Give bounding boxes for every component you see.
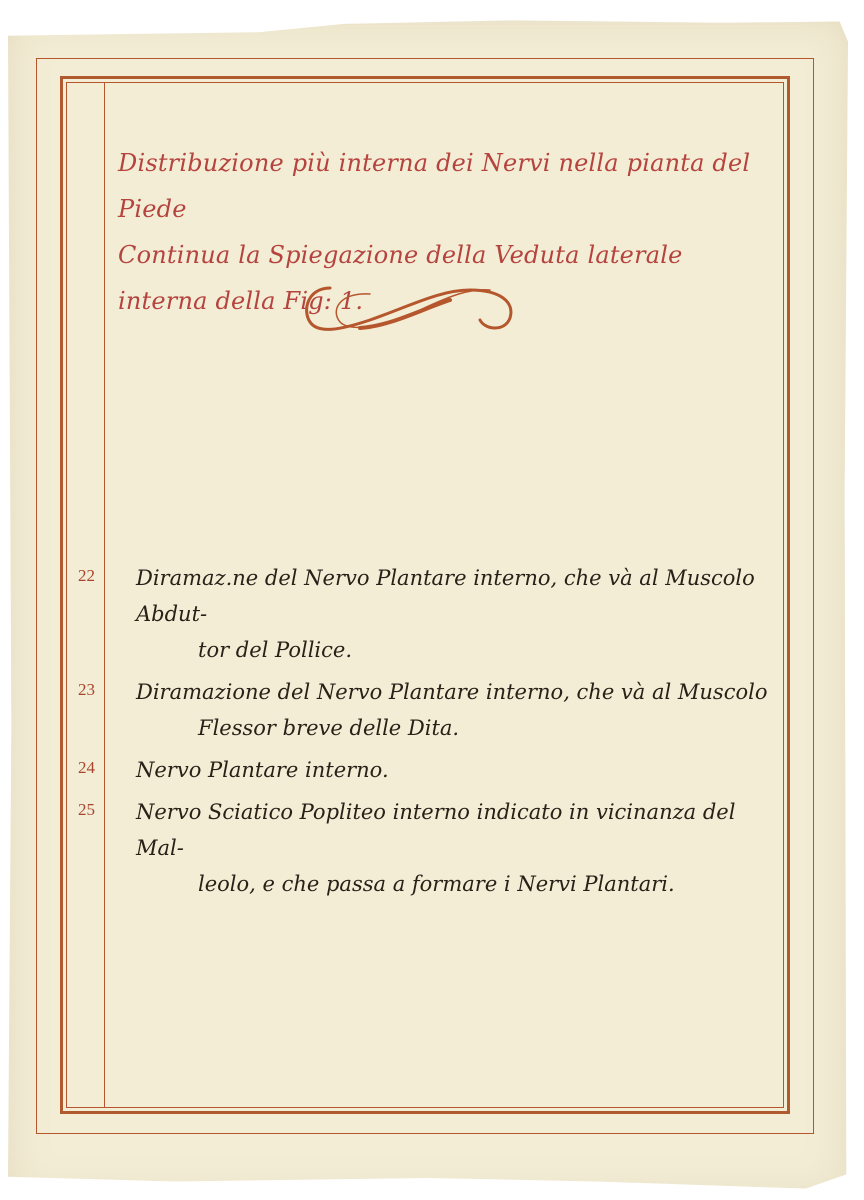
entry-22: 22 Diramaz.ne del Nervo Plantare interno… (70, 560, 770, 668)
entry-number: 25 (78, 800, 108, 820)
entry-23: 23 Diramazione del Nervo Plantare intern… (70, 674, 770, 746)
entry-text-continued: leolo, e che passa a formare i Nervi Pla… (70, 866, 770, 902)
entry-number: 22 (78, 566, 108, 586)
entry-text: Nervo Sciatico Popliteo interno indicato… (70, 794, 770, 866)
title-line-1: Distribuzione più interna dei Nervi nell… (118, 140, 778, 232)
flourish-ornament-icon (300, 280, 530, 340)
entry-text-continued: Flessor breve delle Dita. (70, 710, 770, 746)
entry-24: 24 Nervo Plantare interno. (70, 752, 770, 788)
entry-number: 24 (78, 758, 108, 778)
entry-25: 25 Nervo Sciatico Popliteo interno indic… (70, 794, 770, 902)
entry-text: Nervo Plantare interno. (70, 752, 770, 788)
entry-text-continued: tor del Pollice. (70, 632, 770, 668)
entry-number: 23 (78, 680, 108, 700)
entry-text: Diramaz.ne del Nervo Plantare interno, c… (70, 560, 770, 632)
legend-entries: 22 Diramaz.ne del Nervo Plantare interno… (70, 560, 770, 908)
entry-text: Diramazione del Nervo Plantare interno, … (70, 674, 770, 710)
